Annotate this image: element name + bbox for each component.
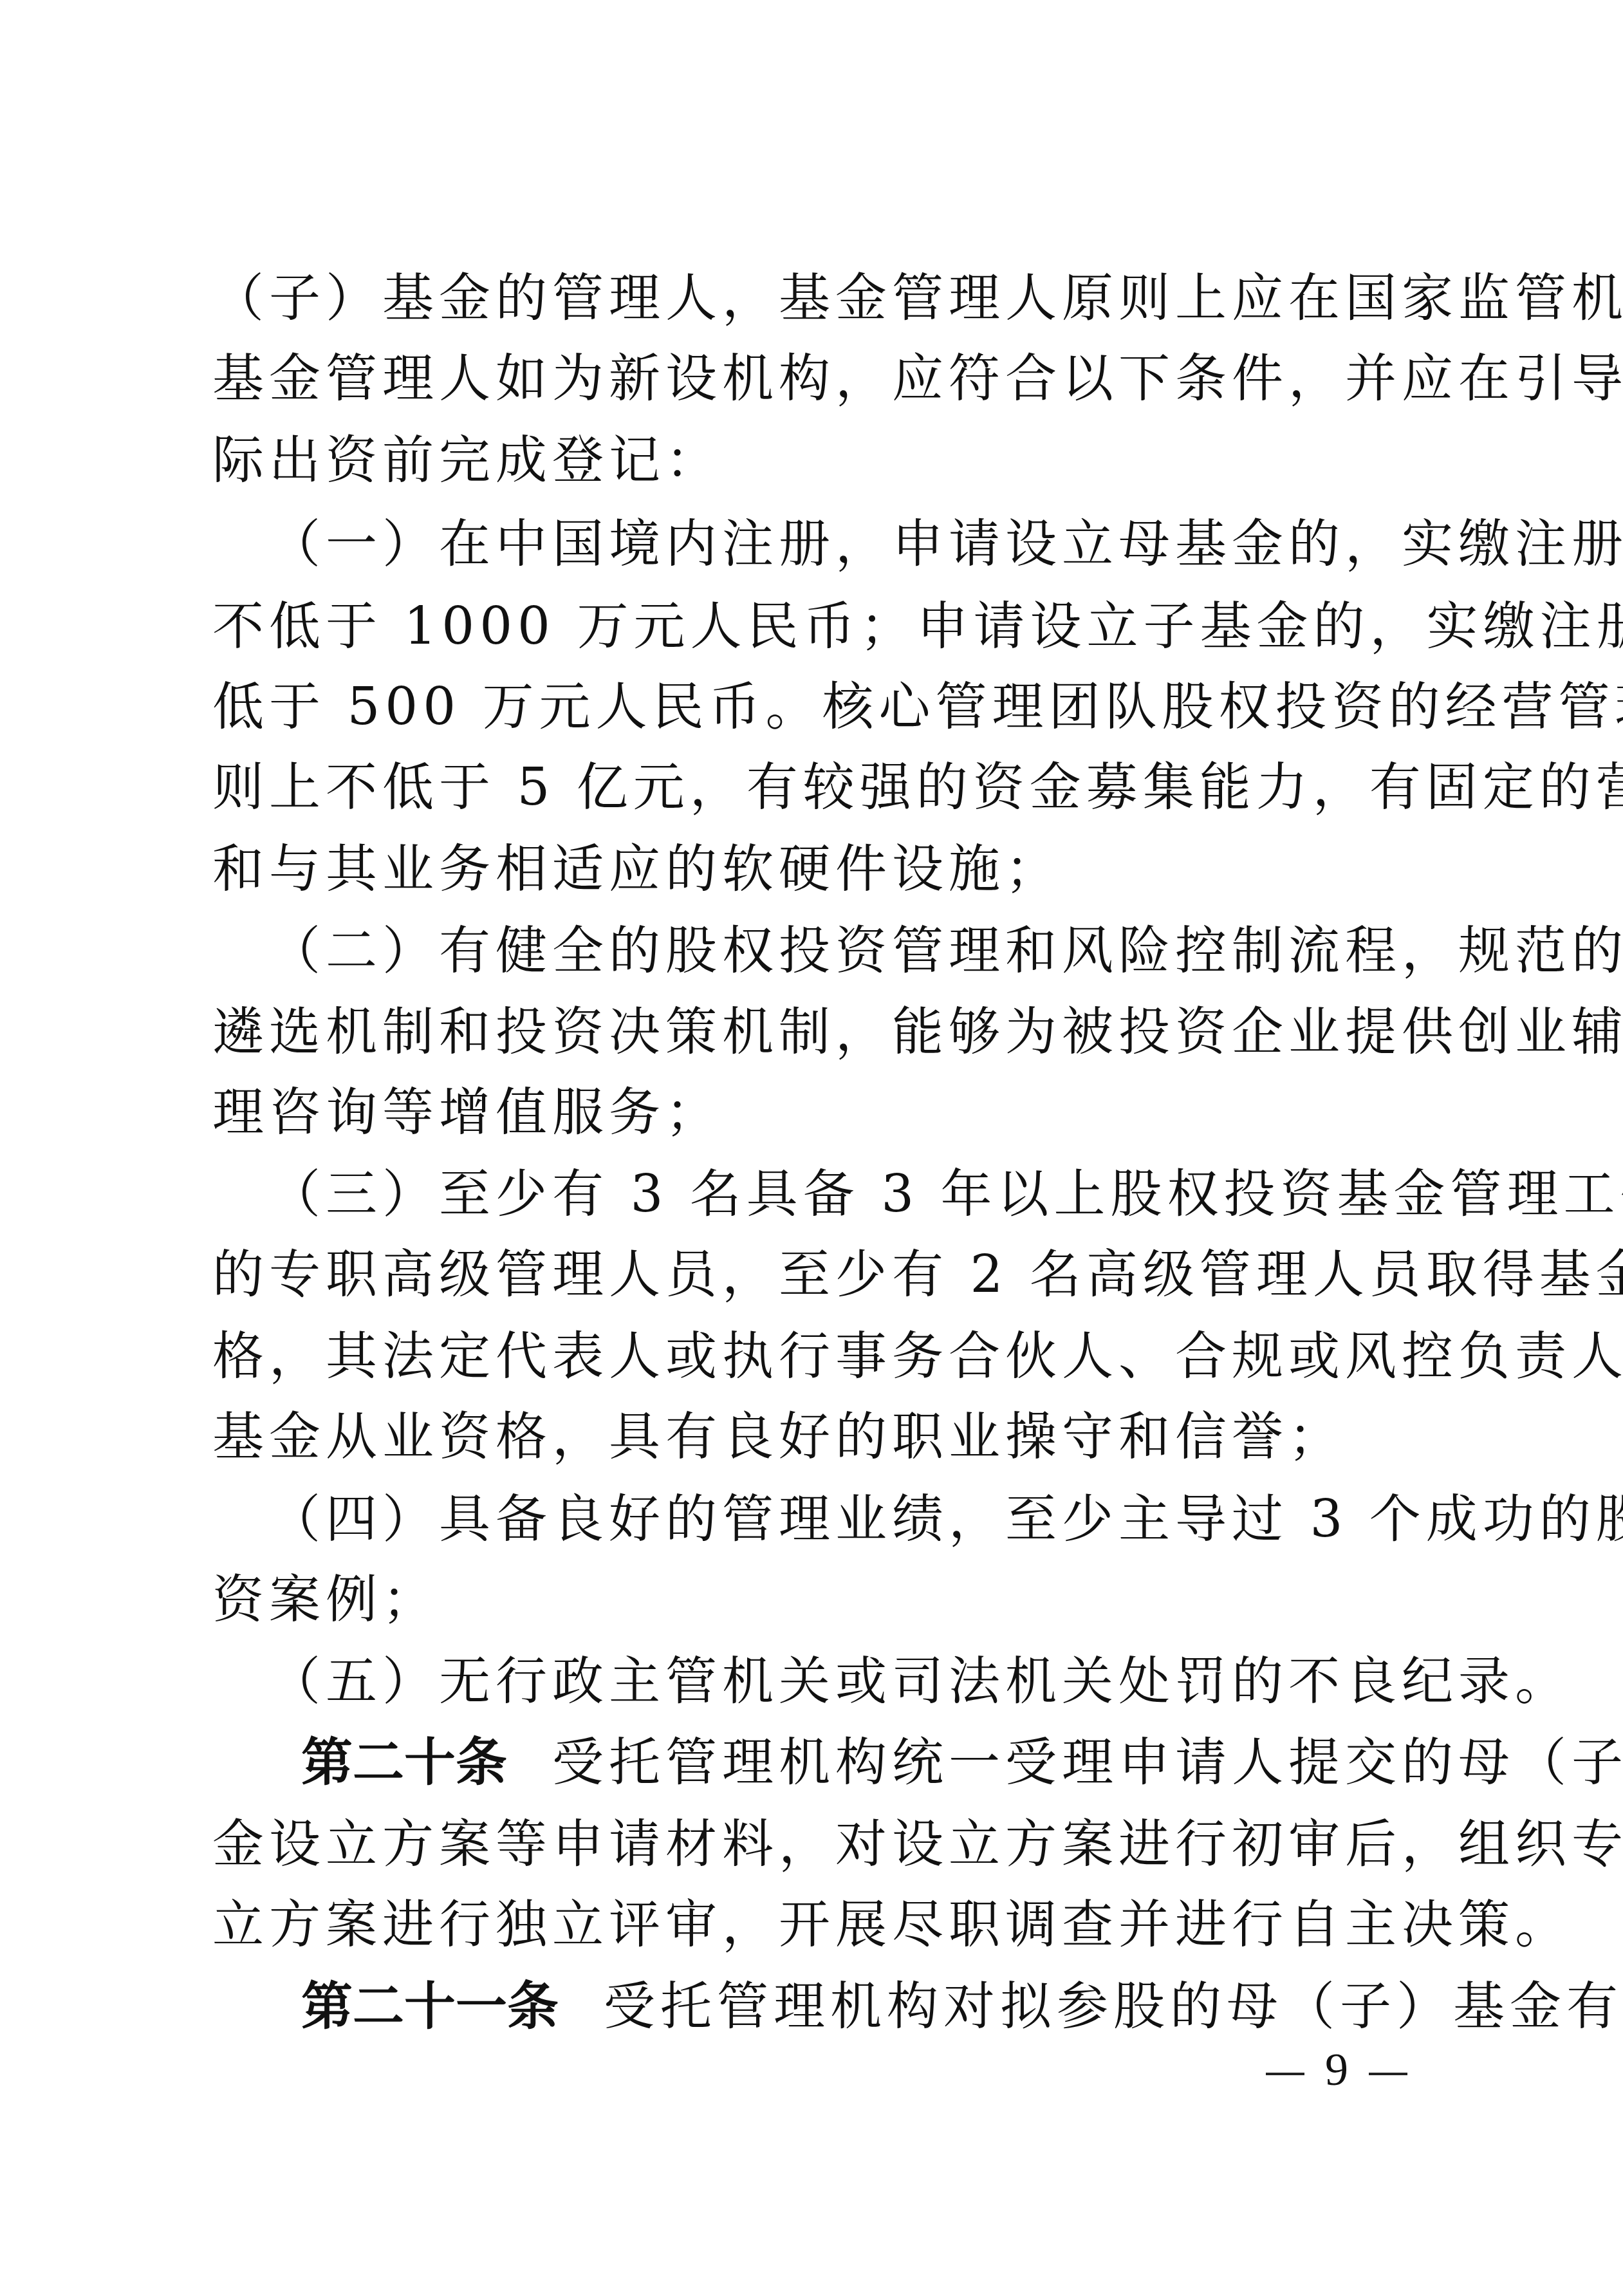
dash-right (1369, 2073, 1407, 2075)
article-20-line: 第二十条受托管理机构统一受理申请人提交的母（子）基 (301, 1727, 1422, 1798)
list-item-1-line: 则上不低于 5 亿元，有较强的资金募集能力，有固定的营业场所 (212, 752, 1422, 823)
list-item-2-line: （二）有健全的股权投资管理和风险控制流程，规范的项目 (269, 915, 1422, 986)
list-item-1-line: 不低于 1000 万元人民币；申请设立子基金的，实缴注册资本不 (212, 591, 1422, 662)
article-20-line: 金设立方案等申请材料，对设立方案进行初审后，组织专家对设 (212, 1809, 1422, 1880)
document-page: （子）基金的管理人，基金管理人原则上应在国家监管机构登记。 基金管理人如为新设机… (0, 0, 1623, 2296)
list-item-4-line: （四）具备良好的管理业绩，至少主导过 3 个成功的股权投 (269, 1484, 1422, 1554)
paragraph-line: 基金管理人如为新设机构，应符合以下条件，并应在引导基金实 (212, 343, 1422, 414)
article-21-heading: 第二十一条 (301, 1976, 559, 2036)
list-item-3-line: 基金从业资格，具有良好的职业操守和信誉； (212, 1401, 1422, 1472)
paragraph-line: 际出资前完成登记： (212, 425, 1422, 496)
list-item-1-line: 和与其业务相适应的软硬件设施； (212, 834, 1422, 904)
page-number-value: 9 (1325, 2044, 1348, 2095)
paragraph-line: （子）基金的管理人，基金管理人原则上应在国家监管机构登记。 (212, 263, 1422, 333)
list-item-2-line: 遴选机制和投资决策机制，能够为被投资企业提供创业辅导、管 (212, 996, 1422, 1067)
dash-left (1266, 2073, 1304, 2075)
list-item-1-line: （一）在中国境内注册，申请设立母基金的，实缴注册资本 (269, 509, 1422, 579)
list-item-5-line: （五）无行政主管机关或司法机关处罚的不良纪录。 (269, 1646, 1422, 1717)
list-item-4-line: 资案例； (212, 1564, 1422, 1635)
list-item-2-line: 理咨询等增值服务； (212, 1077, 1422, 1148)
list-item-3-line: 格，其法定代表人或执行事务合伙人、合规或风控负责人应取得 (212, 1321, 1422, 1392)
article-20-line: 立方案进行独立评审，开展尽职调查并进行自主决策。 (212, 1889, 1422, 1960)
list-item-3-line: （三）至少有 3 名具备 3 年以上股权投资基金管理工作经验 (269, 1159, 1422, 1229)
article-21-line: 第二十一条受托管理机构对拟参股的母（子）基金有关情 (301, 1971, 1422, 2042)
page-number: 9 (1245, 2040, 1428, 2098)
list-item-1-line: 低于 500 万元人民币。核心管理团队股权投资的经营管理规模原 (212, 671, 1422, 742)
article-20-heading: 第二十条 (301, 1732, 507, 1792)
article-20-text: 受托管理机构统一受理申请人提交的母（子）基 (552, 1732, 1623, 1792)
list-item-3-line: 的专职高级管理人员，至少有 2 名高级管理人员取得基金从业资 (212, 1239, 1422, 1310)
article-21-text: 受托管理机构对拟参股的母（子）基金有关情 (604, 1976, 1623, 2036)
